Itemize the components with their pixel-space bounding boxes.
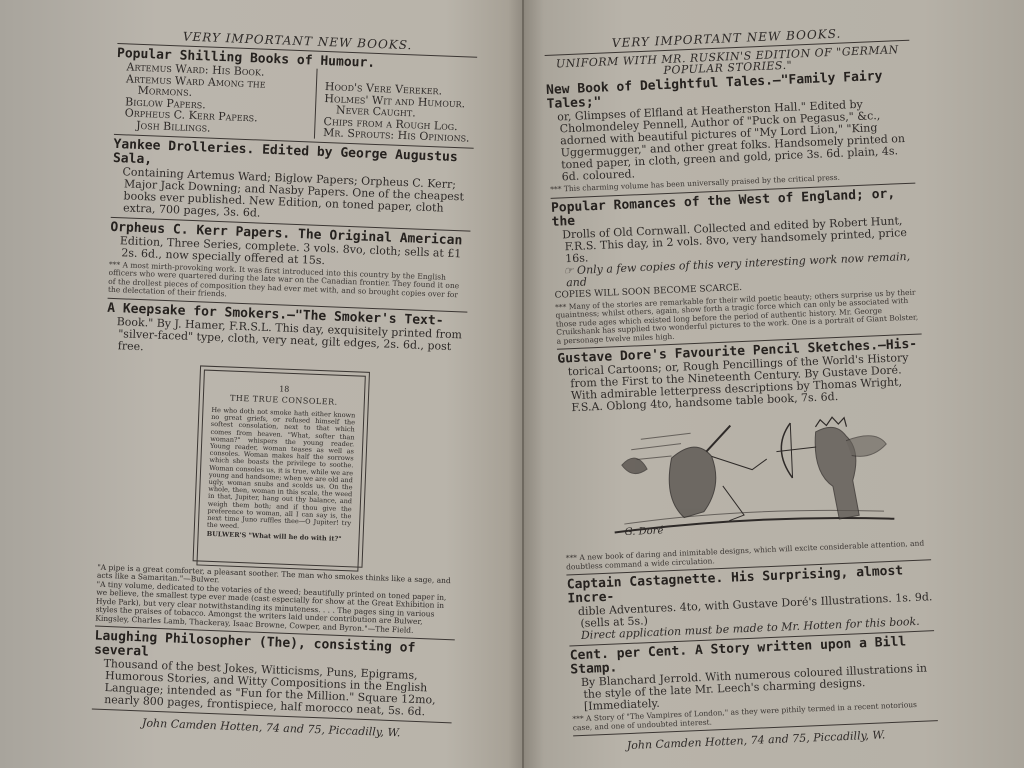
ad-family-fairy-tales: New Book of Delightful Tales.—"Family Fa…	[546, 69, 915, 195]
ad-body: or, Glimpses of Elfland at Heatherston H…	[547, 97, 915, 184]
ad-popular-romances: Popular Romances of the West of England;…	[551, 186, 922, 346]
publisher-footer: John Camden Hotten, 74 and 75, Piccadill…	[573, 727, 938, 754]
inset-page-facsimile: 18 THE TRUE CONSOLER. He who doth not sm…	[193, 365, 370, 567]
ad-cent-per-cent: Cent. per Cent. A Story written upon a B…	[570, 634, 938, 732]
right-page-content: VERY IMPORTANT NEW BOOKS. UNIFORM WITH M…	[544, 25, 939, 755]
book-list-col-1: Artemus Ward: His Book. Artemus Ward Amo…	[114, 61, 318, 138]
book-list-columns: Artemus Ward: His Book. Artemus Ward Amo…	[114, 61, 476, 144]
left-page-content: VERY IMPORTANT NEW BOOKS. Popular Shilli…	[91, 28, 478, 741]
left-page: VERY IMPORTANT NEW BOOKS. Popular Shilli…	[0, 0, 524, 768]
ad-laughing-philosopher: Laughing Philosopher (The), consisting o…	[92, 630, 455, 720]
ad-orpheus-kerr: Orpheus C. Kerr Papers. The Original Ame…	[108, 220, 471, 308]
right-page: VERY IMPORTANT NEW BOOKS. UNIFORM WITH M…	[524, 0, 1024, 768]
ad-captain-castagnette: Captain Castagnette. His Surprising, alm…	[567, 563, 934, 642]
svg-text:G. Doré: G. Doré	[624, 525, 663, 538]
inset-text: He who doth not smoke hath either known …	[207, 407, 356, 535]
book-list-col-2: Hood's Vere Vereker. Holmes' Wit and Hum…	[315, 69, 472, 144]
ad-yankee-drolleries: Yankee Drolleries. Edited by George Augu…	[111, 137, 474, 227]
ad-smokers-keepsake: A Keepsake for Smokers.—"The Smoker's Te…	[95, 301, 467, 636]
dore-illustration: G. Doré	[600, 408, 905, 550]
inset-title: THE TRUE CONSOLER.	[212, 394, 356, 407]
cupid-archer-illustration: G. Doré	[600, 408, 905, 550]
ad-humour-books: Popular Shilling Books of Humour. Artemu…	[114, 47, 477, 144]
ad-dore-sketches: Gustave Dore's Favourite Pencil Sketches…	[557, 337, 931, 571]
